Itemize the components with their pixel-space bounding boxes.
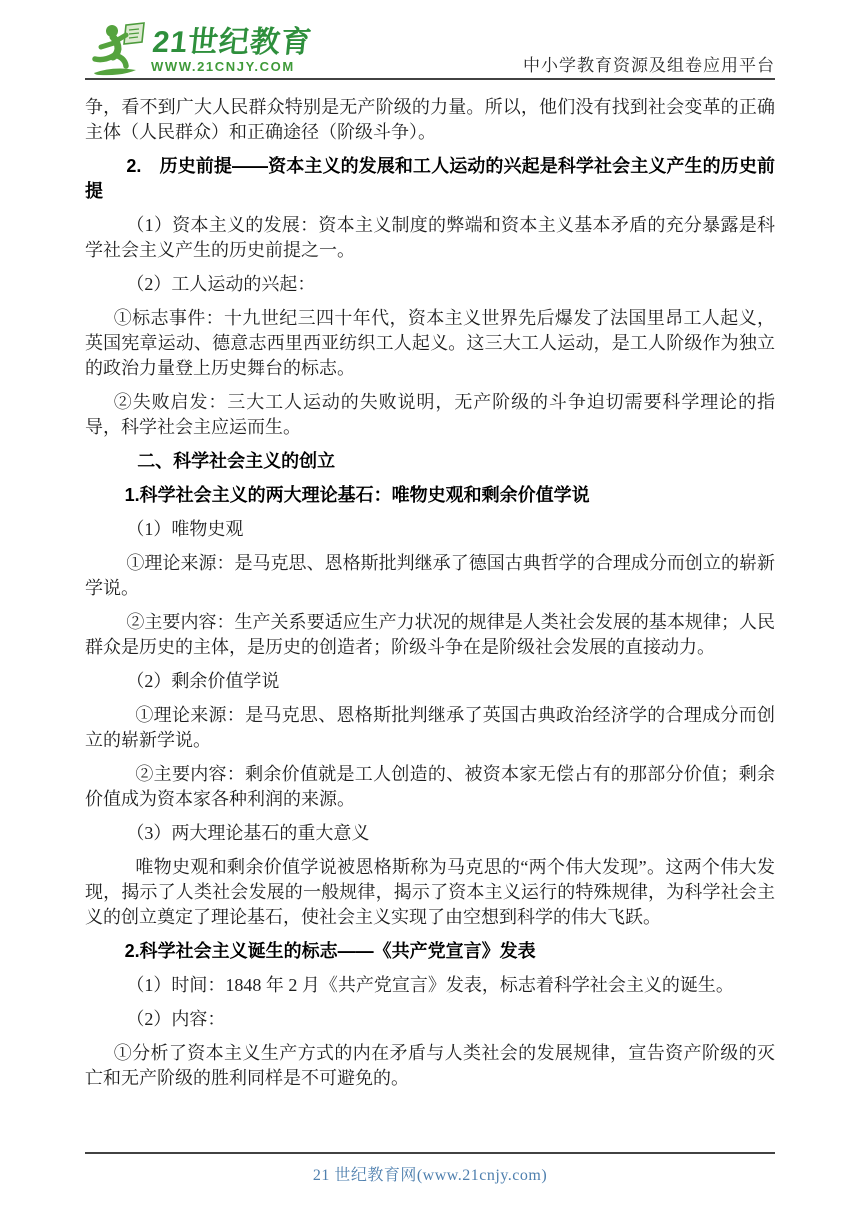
heading-paragraph: 1.科学社会主义的两大理论基石：唯物史观和剩余价值学说 bbox=[85, 483, 775, 508]
body-paragraph: ②主要内容：剩余价值就是工人创造的、被资本家无偿占有的那部分价值；剩余价值成为资… bbox=[85, 762, 775, 812]
body-paragraph: 唯物史观和剩余价值学说被恩格斯称为马克思的“两个伟大发现”。这两个伟大发现，揭示… bbox=[85, 855, 775, 930]
site-logo: 21世纪教育 WWW.21CNJY.COM bbox=[91, 22, 310, 78]
body-paragraph: （2）工人运动的兴起： bbox=[85, 272, 775, 297]
body-paragraph: （1）唯物史观 bbox=[85, 517, 775, 542]
footer-divider bbox=[85, 1152, 775, 1154]
body-paragraph: （3）两大理论基石的重大意义 bbox=[85, 821, 775, 846]
body-paragraph: ①理论来源：是马克思、恩格斯批判继承了德国古典哲学的合理成分而创立的崭新学说。 bbox=[85, 551, 775, 601]
document-page: 21世纪教育 WWW.21CNJY.COM 中小学教育资源及组卷应用平台 争，看… bbox=[0, 0, 860, 1216]
brand-name: 21世纪教育 bbox=[151, 28, 314, 58]
body-paragraph: ②主要内容：生产关系要适应生产力状况的规律是人类社会发展的基本规律；人民群众是历… bbox=[85, 610, 775, 660]
body-paragraph: ①标志事件：十九世纪三四十年代，资本主义世界先后爆发了法国里昂工人起义，英国宪章… bbox=[85, 306, 775, 381]
runner-with-paper-icon bbox=[91, 22, 149, 78]
body-paragraph: ①分析了资本主义生产方式的内在矛盾与人类社会的发展规律，宣告资产阶级的灭亡和无产… bbox=[85, 1041, 775, 1091]
header-divider bbox=[85, 78, 775, 80]
body-paragraph: （2）内容： bbox=[85, 1007, 775, 1032]
footer-site-link[interactable]: 21 世纪教育网(www.21cnjy.com) bbox=[0, 1162, 860, 1185]
heading-paragraph: 2. 历史前提——资本主义的发展和工人运动的兴起是科学社会主义产生的历史前提 bbox=[85, 154, 775, 204]
body-paragraph: （2）剩余价值学说 bbox=[85, 669, 775, 694]
body-paragraph: （1）资本主义的发展：资本主义制度的弊端和资本主义基本矛盾的充分暴露是科学社会主… bbox=[85, 213, 775, 263]
platform-tagline: 中小学教育资源及组卷应用平台 bbox=[523, 51, 775, 76]
page-header: 21世纪教育 WWW.21CNJY.COM 中小学教育资源及组卷应用平台 bbox=[85, 22, 775, 78]
heading-paragraph: 二、科学社会主义的创立 bbox=[85, 449, 775, 474]
document-body: 争，看不到广大人民群众特别是无产阶级的力量。所以，他们没有找到社会变革的正确主体… bbox=[85, 95, 775, 1091]
body-paragraph: ①理论来源：是马克思、恩格斯批判继承了英国古典政治经济学的合理成分而创立的崭新学… bbox=[85, 703, 775, 753]
body-paragraph: ②失败启发：三大工人运动的失败说明，无产阶级的斗争迫切需要科学理论的指导，科学社… bbox=[85, 390, 775, 440]
body-paragraph: 争，看不到广大人民群众特别是无产阶级的力量。所以，他们没有找到社会变革的正确主体… bbox=[85, 95, 775, 145]
heading-paragraph: 2.科学社会主义诞生的标志——《共产党宣言》发表 bbox=[85, 939, 775, 964]
body-paragraph: （1）时间：1848 年 2 月《共产党宣言》发表，标志着科学社会主义的诞生。 bbox=[85, 973, 775, 998]
brand-url: WWW.21CNJY.COM bbox=[151, 60, 310, 74]
logo-text-block: 21世纪教育 WWW.21CNJY.COM bbox=[151, 28, 310, 74]
